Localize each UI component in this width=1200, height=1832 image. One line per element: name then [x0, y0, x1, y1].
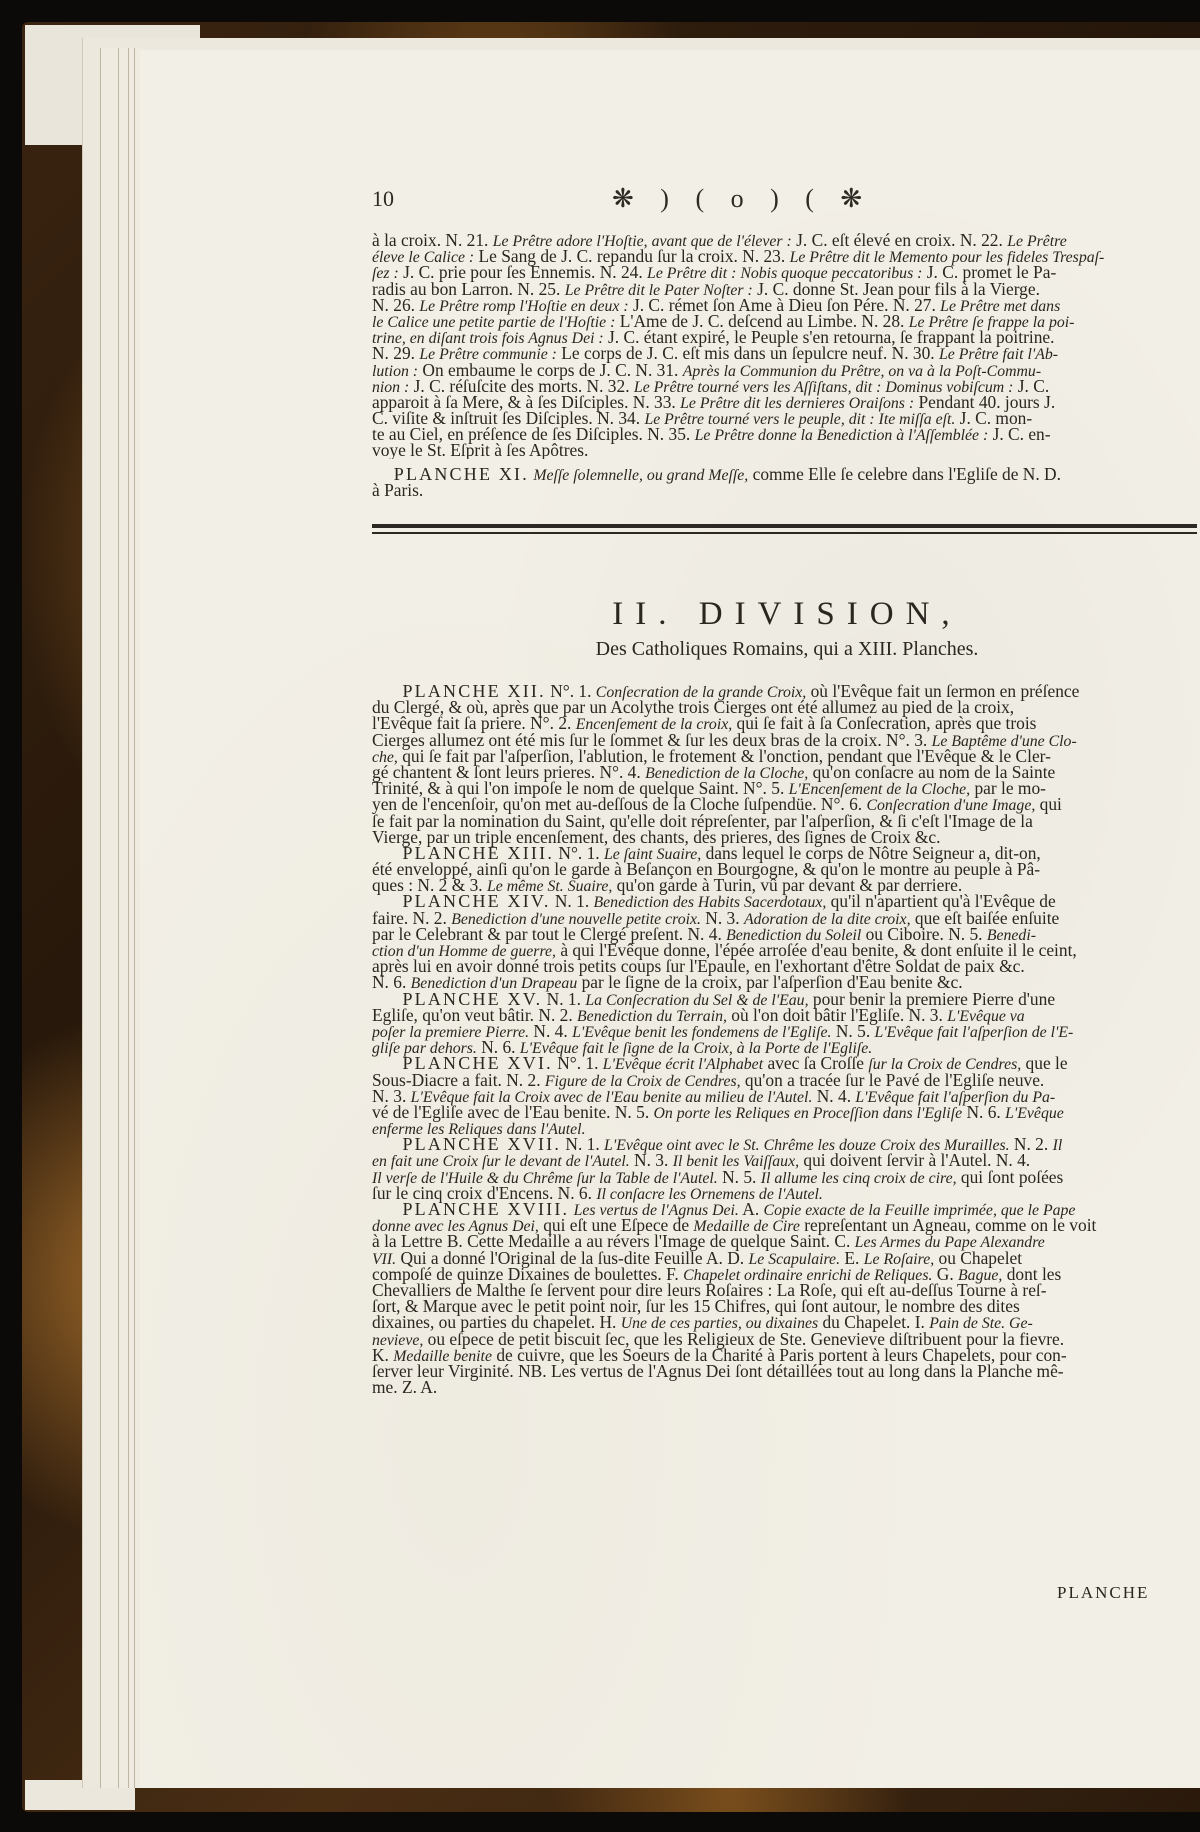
- text-line: PLANCHE XIV. N. 1. Benediction des Habit…: [372, 893, 1200, 909]
- text-line: Sous-Diacre a fait. N. 2. Figure de la C…: [372, 1072, 1200, 1088]
- division-title: II. DIVISION,: [372, 596, 1200, 633]
- text-line: PLANCHE XI. Meſſe ſolemnelle, ou grand M…: [372, 466, 1200, 482]
- page-number: 10: [372, 186, 394, 212]
- text-line: vé de l'Egliſe avec de l'Eau benite. N. …: [372, 1104, 1200, 1120]
- section-rule-thick: [372, 524, 1197, 528]
- text-line: me. Z. A.: [372, 1379, 1200, 1395]
- text-block-planches-xii-xviii: PLANCHE XII. N°. 1. Conſecration de la g…: [372, 683, 1200, 1395]
- section-rule-thin: [372, 532, 1197, 534]
- header-ornament: ❋ ) ( o ) ( ❋: [612, 184, 872, 214]
- text-line: à Paris.: [372, 482, 1200, 498]
- running-head: 10 ❋ ) ( o ) ( ❋: [372, 186, 1200, 218]
- text-line: en fait une Croix ſur le devant de l'Aut…: [372, 1152, 1200, 1168]
- division-subtitle: Des Catholiques Romains, qui a XIII. Pla…: [372, 638, 1200, 661]
- catchword: PLANCHE: [1057, 1583, 1149, 1603]
- text-line: voye le St. Eſprit à ſes Apôtres.: [372, 442, 1200, 458]
- text-line: ſerver leur Virginité. NB. Les vertus de…: [372, 1363, 1200, 1379]
- text-line: Egliſe, qu'on veut bâtir. N. 2. Benedict…: [372, 1007, 1200, 1023]
- text-block-planche-xi: PLANCHE XI. Meſſe ſolemnelle, ou grand M…: [372, 466, 1200, 498]
- text-line: PLANCHE XVII. N. 1. L'Evêque oint avec l…: [372, 1136, 1200, 1152]
- text-block-mass-parts: à la croix. N. 21. Le Prêtre adore l'Hoſ…: [372, 232, 1200, 459]
